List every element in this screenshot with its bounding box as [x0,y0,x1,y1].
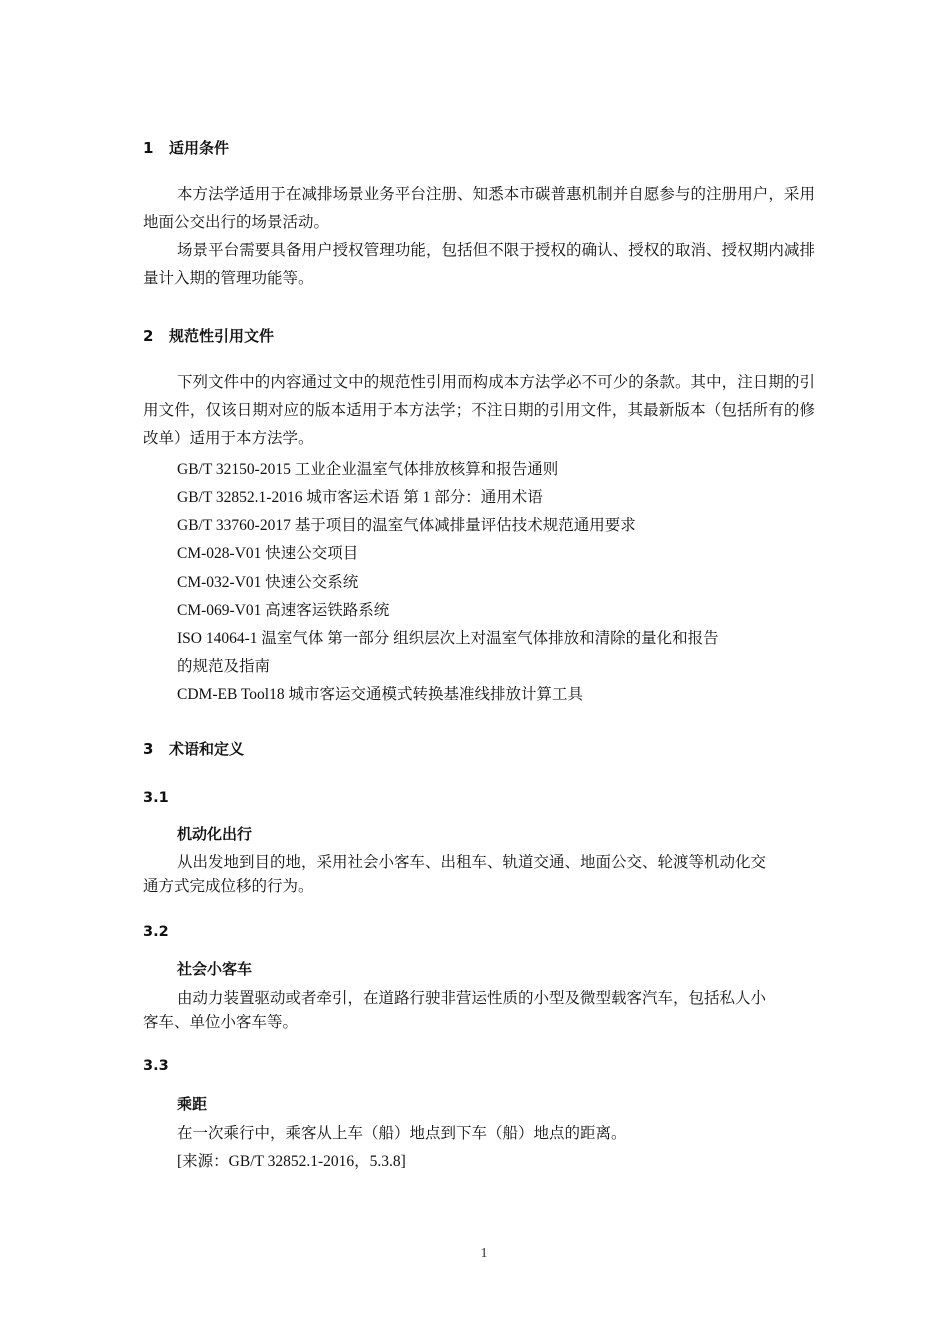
reference-item: GB/T 32852.1-2016 城市客运术语 第 1 部分：通用术语 [177,485,543,507]
section-heading-2: 2规范性引用文件 [143,325,274,346]
term-definition-continuation: 通方式完成位移的行为。 [143,873,314,901]
term-definition: 从出发地到目的地，采用社会小客车、出租车、轨道交通、地面公交、轮渡等机动化交 [177,850,766,872]
document-page: 1适用条件 本方法学适用于在减排场景业务平台注册、知悉本市碳普惠机制并自愿参与的… [0,0,950,1344]
reference-item-continuation: 的规范及指南 [177,654,270,676]
reference-item: CM-032-V01 快速公交系统 [177,570,358,592]
section-number: 1 [143,139,169,157]
term-number: 3.1 [143,790,169,806]
section-heading-1: 1适用条件 [143,137,229,158]
reference-item: CM-069-V01 高速客运铁路系统 [177,598,389,620]
term-definition-continuation: 客车、单位小客车等。 [143,1009,298,1037]
reference-item: GB/T 33760-2017 基于项目的温室气体减排量评估技术规范通用要求 [177,513,636,535]
page-number: 1 [0,1246,950,1262]
section-number: 2 [143,327,169,345]
section-heading-3: 3术语和定义 [143,738,244,759]
paragraph: 本方法学适用于在减排场景业务平台注册、知悉本市碳普惠机制并自愿参与的注册用户，采… [143,181,815,237]
term-number: 3.3 [143,1058,169,1074]
section-title: 适用条件 [169,139,229,157]
term-source: [来源：GB/T 32852.1-2016，5.3.8] [177,1149,406,1171]
reference-item: CM-028-V01 快速公交项目 [177,541,358,563]
section-number: 3 [143,740,169,758]
term-definition: 在一次乘行中，乘客从上车（船）地点到下车（船）地点的距离。 [177,1121,627,1143]
term-name: 乘距 [177,1093,207,1114]
term-number: 3.2 [143,924,169,940]
reference-item: GB/T 32150-2015 工业企业温室气体排放核算和报告通则 [177,457,558,479]
paragraph: 下列文件中的内容通过文中的规范性引用而构成本方法学必不可少的条款。其中，注日期的… [143,369,815,453]
section-title: 规范性引用文件 [169,327,274,345]
term-name: 社会小客车 [177,958,252,979]
reference-item: CDM-EB Tool18 城市客运交通模式转换基准线排放计算工具 [177,682,583,704]
section-title: 术语和定义 [169,740,244,758]
term-name: 机动化出行 [177,823,252,844]
term-definition: 由动力装置驱动或者牵引，在道路行驶非营运性质的小型及微型载客汽车，包括私人小 [177,986,766,1008]
reference-item: ISO 14064-1 温室气体 第一部分 组织层次上对温室气体排放和清除的量化… [177,626,719,648]
paragraph: 场景平台需要具备用户授权管理功能，包括但不限于授权的确认、授权的取消、授权期内减… [143,237,815,293]
